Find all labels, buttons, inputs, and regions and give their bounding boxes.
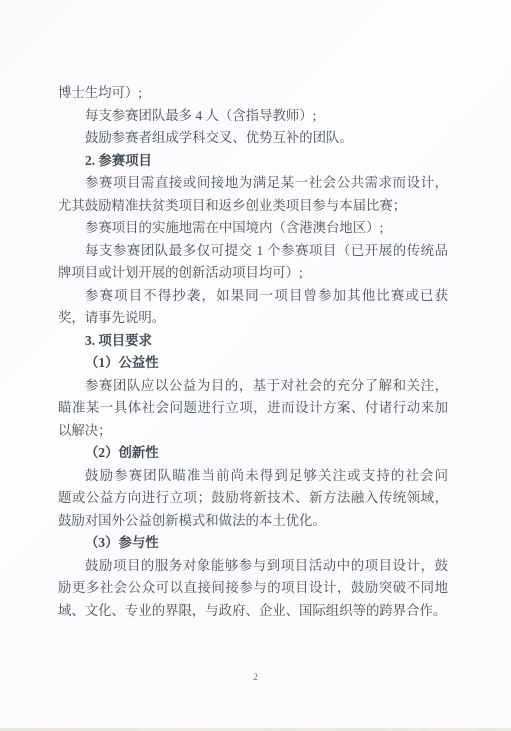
text-line: 鼓励参赛者组成学科交叉、优势互补的团队。	[58, 127, 448, 150]
text-line: 瞄准某一具体社会问题进行立项，进而设计方案、付诸行动来加	[58, 397, 448, 420]
text-line: 参赛项目不得抄袭，如果同一项目曾参加其他比赛或已获	[58, 285, 448, 308]
subsection-heading-3: （3）参与性	[58, 532, 448, 555]
text-line: 鼓励对国外公益创新模式和做法的本土优化。	[58, 510, 448, 533]
subsection-heading-1: （1）公益性	[58, 352, 448, 375]
section-heading-2: 2. 参赛项目	[58, 150, 448, 173]
document-body: 博士生均可）; 每支参赛团队最多 4 人（含指导教师）; 鼓励参赛者组成学科交叉…	[58, 82, 448, 622]
text-line: 奖，请事先说明。	[58, 307, 448, 330]
text-line: 励更多社会公众可以直接间接参与的项目设计，鼓励突破不同地	[58, 577, 448, 600]
text-line: 域、文化、专业的界限，与政府、企业、国际组织等的跨界合作。	[58, 600, 448, 623]
section-heading-3: 3. 项目要求	[58, 330, 448, 353]
text-line: 牌项目或计划开展的创新活动项目均可）;	[58, 262, 448, 285]
text-line: 鼓励参赛团队瞄准当前尚未得到足够关注或支持的社会问	[58, 465, 448, 488]
text-line: 博士生均可）;	[58, 82, 448, 105]
text-line: 参赛项目需直接或间接地为满足某一社会公共需求而设计，	[58, 172, 448, 195]
text-line: 每支参赛团队最多仅可提交 1 个参赛项目（已开展的传统品	[58, 240, 448, 263]
document-page: 博士生均可）; 每支参赛团队最多 4 人（含指导教师）; 鼓励参赛者组成学科交叉…	[0, 0, 511, 731]
text-line: 参赛项目的实施地需在中国境内（含港澳台地区）;	[58, 217, 448, 240]
text-line: 以解决；	[58, 420, 448, 443]
text-line: 尤其鼓励精准扶贫类项目和返乡创业类项目参与本届比赛；	[58, 195, 448, 218]
text-line: 参赛团队应以公益为目的，基于对社会的充分了解和关注，	[58, 375, 448, 398]
subsection-heading-2: （2）创新性	[58, 442, 448, 465]
page-number: 2	[0, 673, 511, 683]
text-line: 每支参赛团队最多 4 人（含指导教师）;	[58, 105, 448, 128]
text-line: 题或公益方向进行立项；鼓励将新技术、新方法融入传统领域，	[58, 487, 448, 510]
text-line: 鼓励项目的服务对象能够参与到项目活动中的项目设计，鼓	[58, 555, 448, 578]
